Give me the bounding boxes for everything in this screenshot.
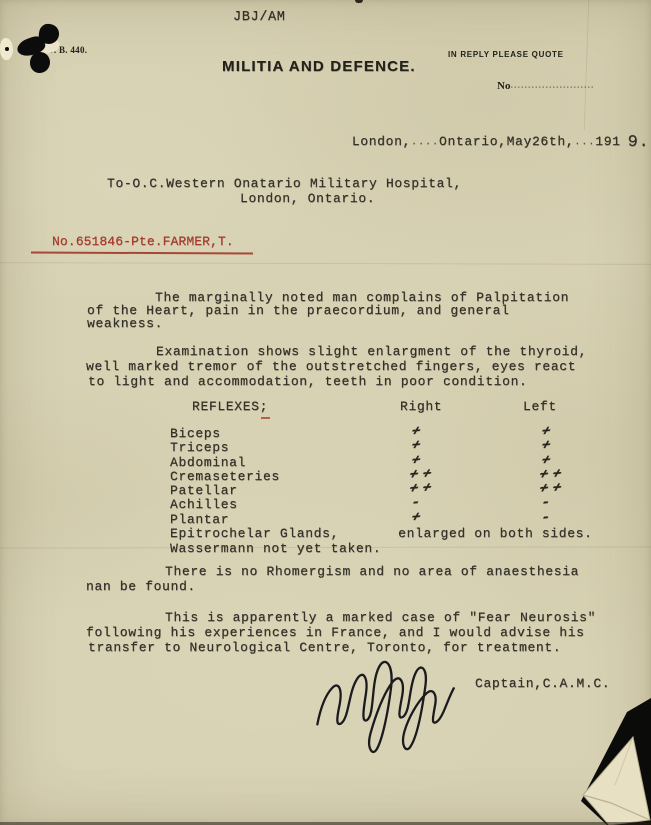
dateline-province-date: Ontario,May26th, (439, 134, 574, 149)
dateline-typed-year-digit: 9. (628, 133, 650, 152)
paragraph-4-line-3: transfer to Neurological Centre, Toronto… (88, 640, 561, 655)
dateline-dots: .... (411, 137, 439, 148)
paragraph-4-line-1: This is apparently a marked case of "Fea… (165, 610, 596, 625)
epitrochlear-note: Epitrochelar Glands, enlarged on both si… (170, 526, 593, 541)
dateline: London,....Ontario,May26th,...1919. (318, 118, 649, 167)
paragraph-3-line-1: There is no Rhomergism and no area of an… (165, 564, 579, 579)
column-header-right: Right (400, 399, 442, 414)
dateline-dots: ... (574, 137, 595, 148)
paragraph-3-line-2: nan be found. (86, 579, 196, 594)
paragraph-2-line-3: to light and accommodation, teeth in poo… (88, 374, 527, 389)
reflexes-heading: REFLEXES; (192, 399, 268, 414)
crease-line (584, 0, 590, 130)
red-tick-mark (261, 417, 270, 419)
reflex-row-name: Biceps (170, 426, 221, 441)
signature-scrawl (304, 647, 497, 763)
reflex-row-name: Achilles (170, 497, 238, 512)
reflex-row-name: Triceps (170, 440, 229, 455)
reflex-row-name: Plantar (170, 512, 229, 527)
scan-edge-nick (355, 0, 363, 3)
reflex-row-name: Patellar (170, 483, 238, 498)
reflex-row-name: Cremaseteries (170, 469, 280, 484)
address-line-2: London, Ontario. (240, 191, 375, 206)
paragraph-4-line-2: following his experiences in France, and… (86, 625, 585, 640)
letterhead-title: MILITIA AND DEFENCE. (222, 58, 416, 75)
reflex-row-name: Abdominal (170, 455, 246, 470)
ink-speck (5, 47, 9, 51)
letter-page: JBJ/AM MILITIA AND DEFENCE. IN REPLY PLE… (0, 0, 651, 825)
dateline-printed-year: 191 (595, 134, 620, 149)
reflex-right-mark: + (406, 510, 428, 527)
wassermann-note: Wassermann not yet taken. (170, 541, 381, 556)
file-number-line: No........................ (497, 80, 594, 92)
paragraph-2-line-1: Examination shows slight enlargment of t… (156, 344, 587, 359)
file-number-dotted-rule: ........................ (510, 80, 594, 91)
typist-initials: JBJ/AM (233, 10, 286, 25)
case-reference-underline (31, 252, 253, 255)
folded-corner (511, 685, 651, 825)
reply-quote-label: IN REPLY PLEASE QUOTE (448, 50, 564, 59)
paragraph-2-line-2: well marked tremor of the outstretched f… (86, 359, 576, 374)
file-number-label: No (497, 80, 510, 92)
crease-line (0, 262, 651, 265)
address-line-1: To-O.C.Western Onatario Military Hospita… (107, 176, 462, 191)
paragraph-1-line-3: weakness. (87, 316, 163, 331)
case-reference: No.651846-Pte.FARMER,T. (52, 234, 234, 249)
dateline-city: London, (352, 134, 411, 149)
column-header-left: Left (523, 399, 557, 414)
reflex-left-mark: - (536, 510, 558, 527)
ink-blot-bottom (30, 52, 50, 73)
